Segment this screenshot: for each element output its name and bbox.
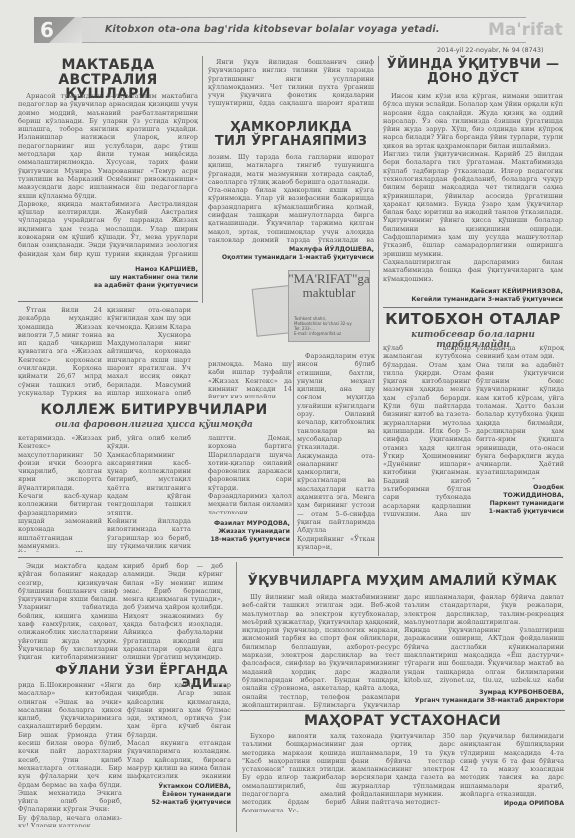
article-byline: Зумрад КУРБОНБОЕВА, Урганч туманидаги 38… [404,689,564,705]
ad-title: "MA'RIFAT"ga [288,272,370,286]
article-body: Инсон ким кўзи ила кўрган, нимани эшитга… [383,92,563,282]
article-body: Фарзандларим етук инсон бўлиб етишиши, б… [297,352,375,552]
article-headline: КОЛЛЕЖ БИТИРУВЧИЛАРИ [18,403,290,418]
ad-contact-info: Toshkent shahri, Matbuotchilar ko'chasi … [294,316,364,336]
byline-role: Оқолтин туманидаги 1-мактаб ўқитувчиси [208,254,374,262]
article-body-col2: да бир қанча ишлар чиқибди. Агар эшак қа… [127,681,231,781]
byline-name: Намоз КАРШИЕВ, [18,266,198,274]
article-body-col2: риб, уйга олиб келиб қўяди. Ҳамкасбларим… [107,434,191,552]
headline-line: МАКТАБДА АВСТРАЛИЯ [18,58,198,87]
article-headline: ЎҚУВЧИЛАРГА МУҲИМ АМАЛИЙ КЎМАК [240,575,565,589]
article-body-col1: Бухоро вилояти халқ таълими бошқармасини… [242,732,346,812]
byline-name: Ўктамхон СОЛИЕВА, [127,783,231,791]
byline-role: Ёзёвон туманидаги [127,791,231,799]
article-body-col3: лар ўқувчилар билимидаги аниқланган бўшл… [460,732,564,798]
ad-subtitle: maktublar [288,286,370,300]
article-byline: Намоз КАРШИЕВ, шу мактабнинг она тили ва… [18,266,198,290]
article-body-col2: ўзимдан-да кўпроқ севиниб ҳам отам эди. … [476,344,564,479]
divider [383,307,563,308]
article-body: Арнасой туманидаги 8-умумтаълим мактабиг… [18,92,198,258]
byline-role: Кегейли туманидаги 3-мактаб ўқитувчиси [383,296,563,304]
article-body-col1: қўлаб асарлар жамланган кутубхона бўлард… [383,344,471,516]
article-body-col1: Шу йилнинг май ойида мактабимизнинг веб-… [242,593,400,709]
masthead-logo: Ma'rifat [488,17,563,43]
divider [18,557,563,558]
byline-name: Озодбек ТОЖИДДИНОВА, [476,484,564,500]
article-byline: Ўктамхон СОЛИЕВА, Ёзёвон туманидаги 52-м… [127,783,231,807]
article-body-col1: кетаримизда. «Жиззах Кентекс» маҳсулотла… [18,434,102,552]
byline-role: Урганч туманидаги 38-мактаб директори [404,697,564,705]
article-byline: Ирода ОРИПОВА [460,800,564,808]
byline-role: шу мактабнинг она тили [18,274,198,282]
article-byline: Фазилат МУРОДОВА, Жиззах туманидаги 18-м… [200,520,290,544]
article-body-col2: тахонада ўқитувчилар 350 дан ортиқ дарс … [351,732,455,812]
headline-line: ТИЛ ЎРГАНАЯПМИЗ [208,135,374,149]
issue-date: 2014-yil 22-noyabr, № 94 (8743) [437,46,544,54]
byline-name: Киёсият КЕЙИРНИЯЗОВА, [383,288,563,296]
article-lead-col2: кириб ёриб бор — деб аламиди. Энди кўрин… [123,562,223,660]
article-body-col3: лаштти. Демак, корхона бартига Шариллард… [208,434,292,514]
column-divider [293,360,294,556]
page-number: 6 [40,17,54,43]
byline-role: ва адабиёт фани ўқитувчиси [18,282,198,290]
article-subhead: оила фаровонлигига ҳисса қўшмоқда [18,420,290,430]
column-divider [378,56,379,556]
column-divider [236,562,237,832]
article-lead-col1: Энди мактабга қадам қўйган боланинг нақа… [18,562,118,660]
article-headline: ЎЙИНДА ЎҚИТУВЧИ — ДОНО ДЎСТ [383,58,563,85]
headline-line: ДОНО ДЎСТ [383,72,563,86]
byline-role: 18-мактаб ўқитувчиси [200,536,290,544]
byline-role: Жиззах туманидаги [200,528,290,536]
byline-name: Ирода ОРИПОВА [460,800,564,808]
byline-name: Зумрад КУРБОНБОЕВА, [404,689,564,697]
headline-line: ҲАМКОРЛИКДА [208,121,374,135]
marifat-letters-ad: "MA'RIFAT"ga maktublar Toshkent shahri, … [236,264,371,346]
article-headline: МАҲОРАТ УСТАХОНАСИ [240,714,565,729]
divider [240,710,565,711]
article-byline: Киёсият КЕЙИРНИЯЗОВА, Кегейли туманидаги… [383,288,563,304]
article-byline: Озодбек ТОЖИДДИНОВА, Паркент туманидаги … [476,484,564,516]
headline-line: ЎЙИНДА ЎҚИТУВЧИ — [383,58,563,72]
byline-role: 52-мактаб ўқитувчиси [127,799,231,807]
header-slogan: Kitobxon ota-ona bag'rida kitobsevar bol… [105,18,440,42]
article-headline: ҲАМКОРЛИКДА ТИЛ ЎРГАНАЯПМИЗ [208,121,374,148]
article-lead-col1: Ўтган йили 24 декабрда муҳандис ҳомашида… [18,306,102,398]
divider [18,301,198,302]
column-divider [202,56,203,303]
article-lead-col3: рилмоқда. Мана шу каби ишлар туфайли «Жи… [208,360,292,398]
article-lead-col2: қизнинг ота-оналари кўнгилидан ҳам шу эд… [107,306,191,398]
article-byline: Махлуфа ЙЎЛДОШЕВА, Оқолтин туманидаги 1-… [208,246,374,262]
article-body-col2: дарс ишланмалари, фанлар бўйича давлат т… [404,593,564,683]
byline-role: Паркент туманидаги [476,500,564,508]
article-body: лозим. Шу тарзда бола гапларни ишорат қи… [208,153,374,245]
article-lead: Янги ўқув йилидан бошланғич синф ўқувчил… [208,58,374,108]
byline-name: Махлуфа ЙЎЛДОШЕВА, [208,246,374,254]
ad-info-line: E-mail: info@marifat.uz [294,331,364,336]
article-headline: КИТОБХОН ОТАЛАР [383,312,563,328]
byline-role: 1-мактаб ўқитувчиси [476,508,564,516]
newspaper-page: 6 Kitobxon ota-ona bag'rida kitobsevar b… [0,0,575,838]
article-body-col1: рида Б.Шокировнинг «Янги масаллар» китоб… [18,681,122,827]
byline-name: Фазилат МУРОДОВА, [200,520,290,528]
